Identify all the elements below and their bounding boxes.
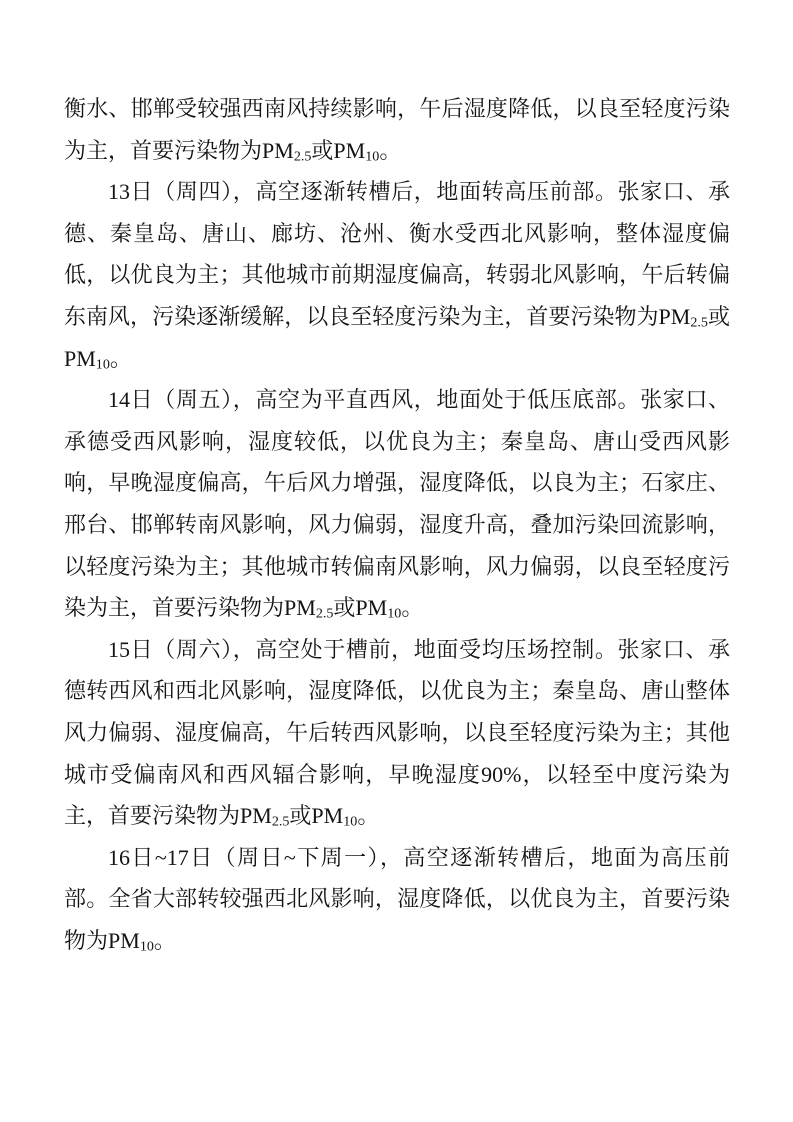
text-run: 。 (110, 346, 132, 371)
subscript-text: 2.5 (690, 315, 708, 331)
text-run: 。 (401, 595, 423, 620)
text-run: 13日（周四），高空逐渐转槽后，地面转高压前部。张家口、承德、秦皇岛、唐山、廊坊… (64, 179, 730, 329)
text-run: 或PM (289, 803, 343, 828)
subscript-text: 2.5 (272, 814, 290, 830)
document-page: 衡水、邯郸受较强西南风持续影响，午后湿度降低，以良至轻度污染为主，首要污染物为P… (0, 0, 793, 1122)
paragraph: 衡水、邯郸受较强西南风持续影响，午后湿度降低，以良至轻度污染为主，首要污染物为P… (64, 88, 730, 171)
paragraph: 15日（周六），高空处于槽前，地面受均压场控制。张家口、承德转西风和西北风影响，… (64, 629, 730, 837)
subscript-text: 10 (343, 814, 357, 830)
text-run: 。 (154, 928, 176, 953)
subscript-text: 10 (140, 938, 154, 954)
paragraph: 14日（周五），高空为平直西风，地面处于低压底部。张家口、承德受西风影响，湿度较… (64, 379, 730, 629)
subscript-text: 2.5 (294, 148, 312, 164)
paragraph: 13日（周四），高空逐渐转槽后，地面转高压前部。张家口、承德、秦皇岛、唐山、廊坊… (64, 171, 730, 379)
text-run: 。 (357, 803, 379, 828)
document-body: 衡水、邯郸受较强西南风持续影响，午后湿度降低，以良至轻度污染为主，首要污染物为P… (64, 88, 730, 961)
text-run: 。 (379, 138, 401, 163)
subscript-text: 10 (387, 606, 401, 622)
subscript-text: 10 (96, 356, 110, 372)
paragraph: 16日~17日（周日~下周一），高空逐渐转槽后，地面为高压前部。全省大部转较强西… (64, 837, 730, 962)
text-run: 14日（周五），高空为平直西风，地面处于低压底部。张家口、承德受西风影响，湿度较… (64, 387, 730, 620)
subscript-text: 10 (365, 148, 379, 164)
text-run: 15日（周六），高空处于槽前，地面受均压场控制。张家口、承德转西风和西北风影响，… (64, 637, 730, 828)
text-run: 或PM (311, 138, 365, 163)
text-run: 或PM (333, 595, 387, 620)
subscript-text: 2.5 (316, 606, 334, 622)
